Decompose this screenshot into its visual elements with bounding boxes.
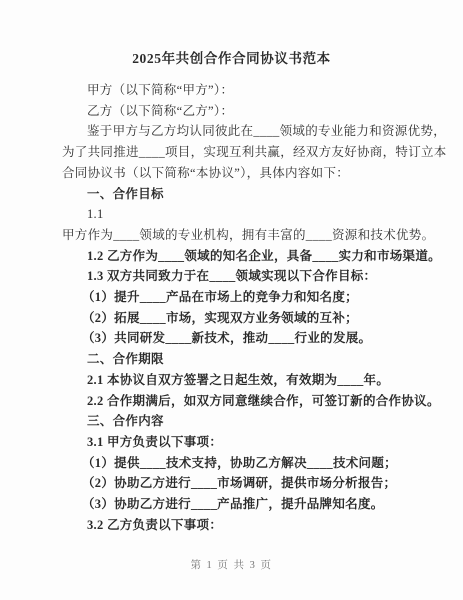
goal-item-3: （3）共同研发____新技术，推动____行业的发展。 <box>62 328 433 349</box>
preamble-line-2: 为了共同推进____项目，实现互利共赢，经双方友好协商，特订立本 <box>62 142 433 163</box>
clause-3-1: 3.1 甲方负责以下事项： <box>62 432 433 453</box>
section-3-heading: 三、合作内容 <box>62 411 433 432</box>
party-a-duty-item-2: （2）协助乙方进行____市场调研，提供市场分析报告； <box>62 473 433 494</box>
preamble-line-3: 合同协议书（以下简称“本协议”），具体内容如下： <box>62 163 433 184</box>
clause-1-1-number: 1.1 <box>62 204 433 225</box>
section-2-heading: 二、合作期限 <box>62 349 433 370</box>
party-a-duty-item-1: （1）提供____技术支持，协助乙方解决____技术问题； <box>62 453 433 474</box>
page-number-footer: 第 1 页 共 3 页 <box>0 557 463 572</box>
clause-2-1: 2.1 本协议自双方签署之日起生效，有效期为____年。 <box>62 370 433 391</box>
clause-1-3: 1.3 双方共同致力于在____领域实现以下合作目标： <box>62 266 433 287</box>
goal-item-1: （1）提升____产品在市场上的竞争力和知名度； <box>62 287 433 308</box>
party-b-line: 乙方（以下简称“乙方”）： <box>62 101 433 122</box>
clause-2-2: 2.2 合作期满后，如双方同意继续合作，可签订新的合作协议。 <box>62 391 433 412</box>
clause-1-2: 1.2 乙方作为____领域的知名企业，具备____实力和市场渠道。 <box>62 246 433 267</box>
clause-3-2: 3.2 乙方负责以下事项： <box>62 515 433 536</box>
document-title: 2025年共创合作合同协议书范本 <box>0 0 463 67</box>
preamble-line-1: 鉴于甲方与乙方均认同彼此在____领域的专业能力和资源优势， <box>62 121 433 142</box>
contract-document-page: 2025年共创合作合同协议书范本 甲方（以下简称“甲方”）： 乙方（以下简称“乙… <box>0 0 463 600</box>
party-a-line: 甲方（以下简称“甲方”）： <box>62 80 433 101</box>
document-body: 甲方（以下简称“甲方”）： 乙方（以下简称“乙方”）： 鉴于甲方与乙方均认同彼此… <box>0 67 463 535</box>
clause-1-1-text: 甲方作为____领域的专业机构，拥有丰富的____资源和技术优势。 <box>62 225 433 246</box>
section-1-heading: 一、合作目标 <box>62 184 433 205</box>
party-a-duty-item-3: （3）协助乙方进行____产品推广，提升品牌知名度。 <box>62 494 433 515</box>
goal-item-2: （2）拓展____市场，实现双方业务领域的互补； <box>62 308 433 329</box>
